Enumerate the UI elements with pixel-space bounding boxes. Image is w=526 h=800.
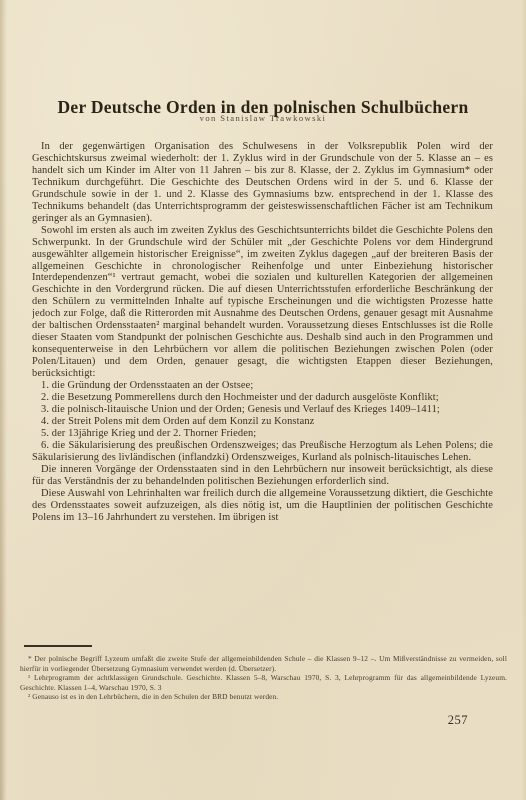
paragraph: Diese Auswahl von Lehrinhalten war freil… — [32, 488, 493, 524]
footnote-separator — [24, 645, 92, 647]
scanned-book-page: Der Deutsche Orden in den polnischen Sch… — [0, 0, 526, 800]
footnotes: * Der polnische Begriff Lyzeum umfaßt di… — [20, 654, 507, 702]
page-number: 257 — [448, 713, 468, 728]
paragraph: Die inneren Vorgänge der Ordensstaaten s… — [32, 464, 493, 488]
footnote: * Der polnische Begriff Lyzeum umfaßt di… — [20, 654, 507, 673]
list-item: 5. der 13jährige Krieg und der 2. Thorne… — [32, 428, 493, 440]
list-item: 6. die Säkularisierung des preußischen O… — [32, 440, 493, 464]
paragraph: In der gegenwärtigen Organisation des Sc… — [32, 141, 493, 225]
list-item: 3. die polnisch-litauische Union und der… — [32, 404, 493, 416]
list-item: 1. die Gründung der Ordensstaaten an der… — [32, 380, 493, 392]
list-item: 2. die Besetzung Pommerellens durch den … — [32, 392, 493, 404]
body-text: In der gegenwärtigen Organisation des Sc… — [32, 141, 493, 641]
list-item: 4. der Streit Polens mit dem Orden auf d… — [32, 416, 493, 428]
paragraph: Sowohl im ersten als auch im zweiten Zyk… — [32, 225, 493, 380]
footnote: ² Genauso ist es in den Lehrbüchern, die… — [20, 692, 507, 702]
byline: von Stanislaw Trawkowski — [0, 113, 526, 123]
footnote: ¹ Lehrprogramm der achtklassigen Grundsc… — [20, 673, 507, 692]
